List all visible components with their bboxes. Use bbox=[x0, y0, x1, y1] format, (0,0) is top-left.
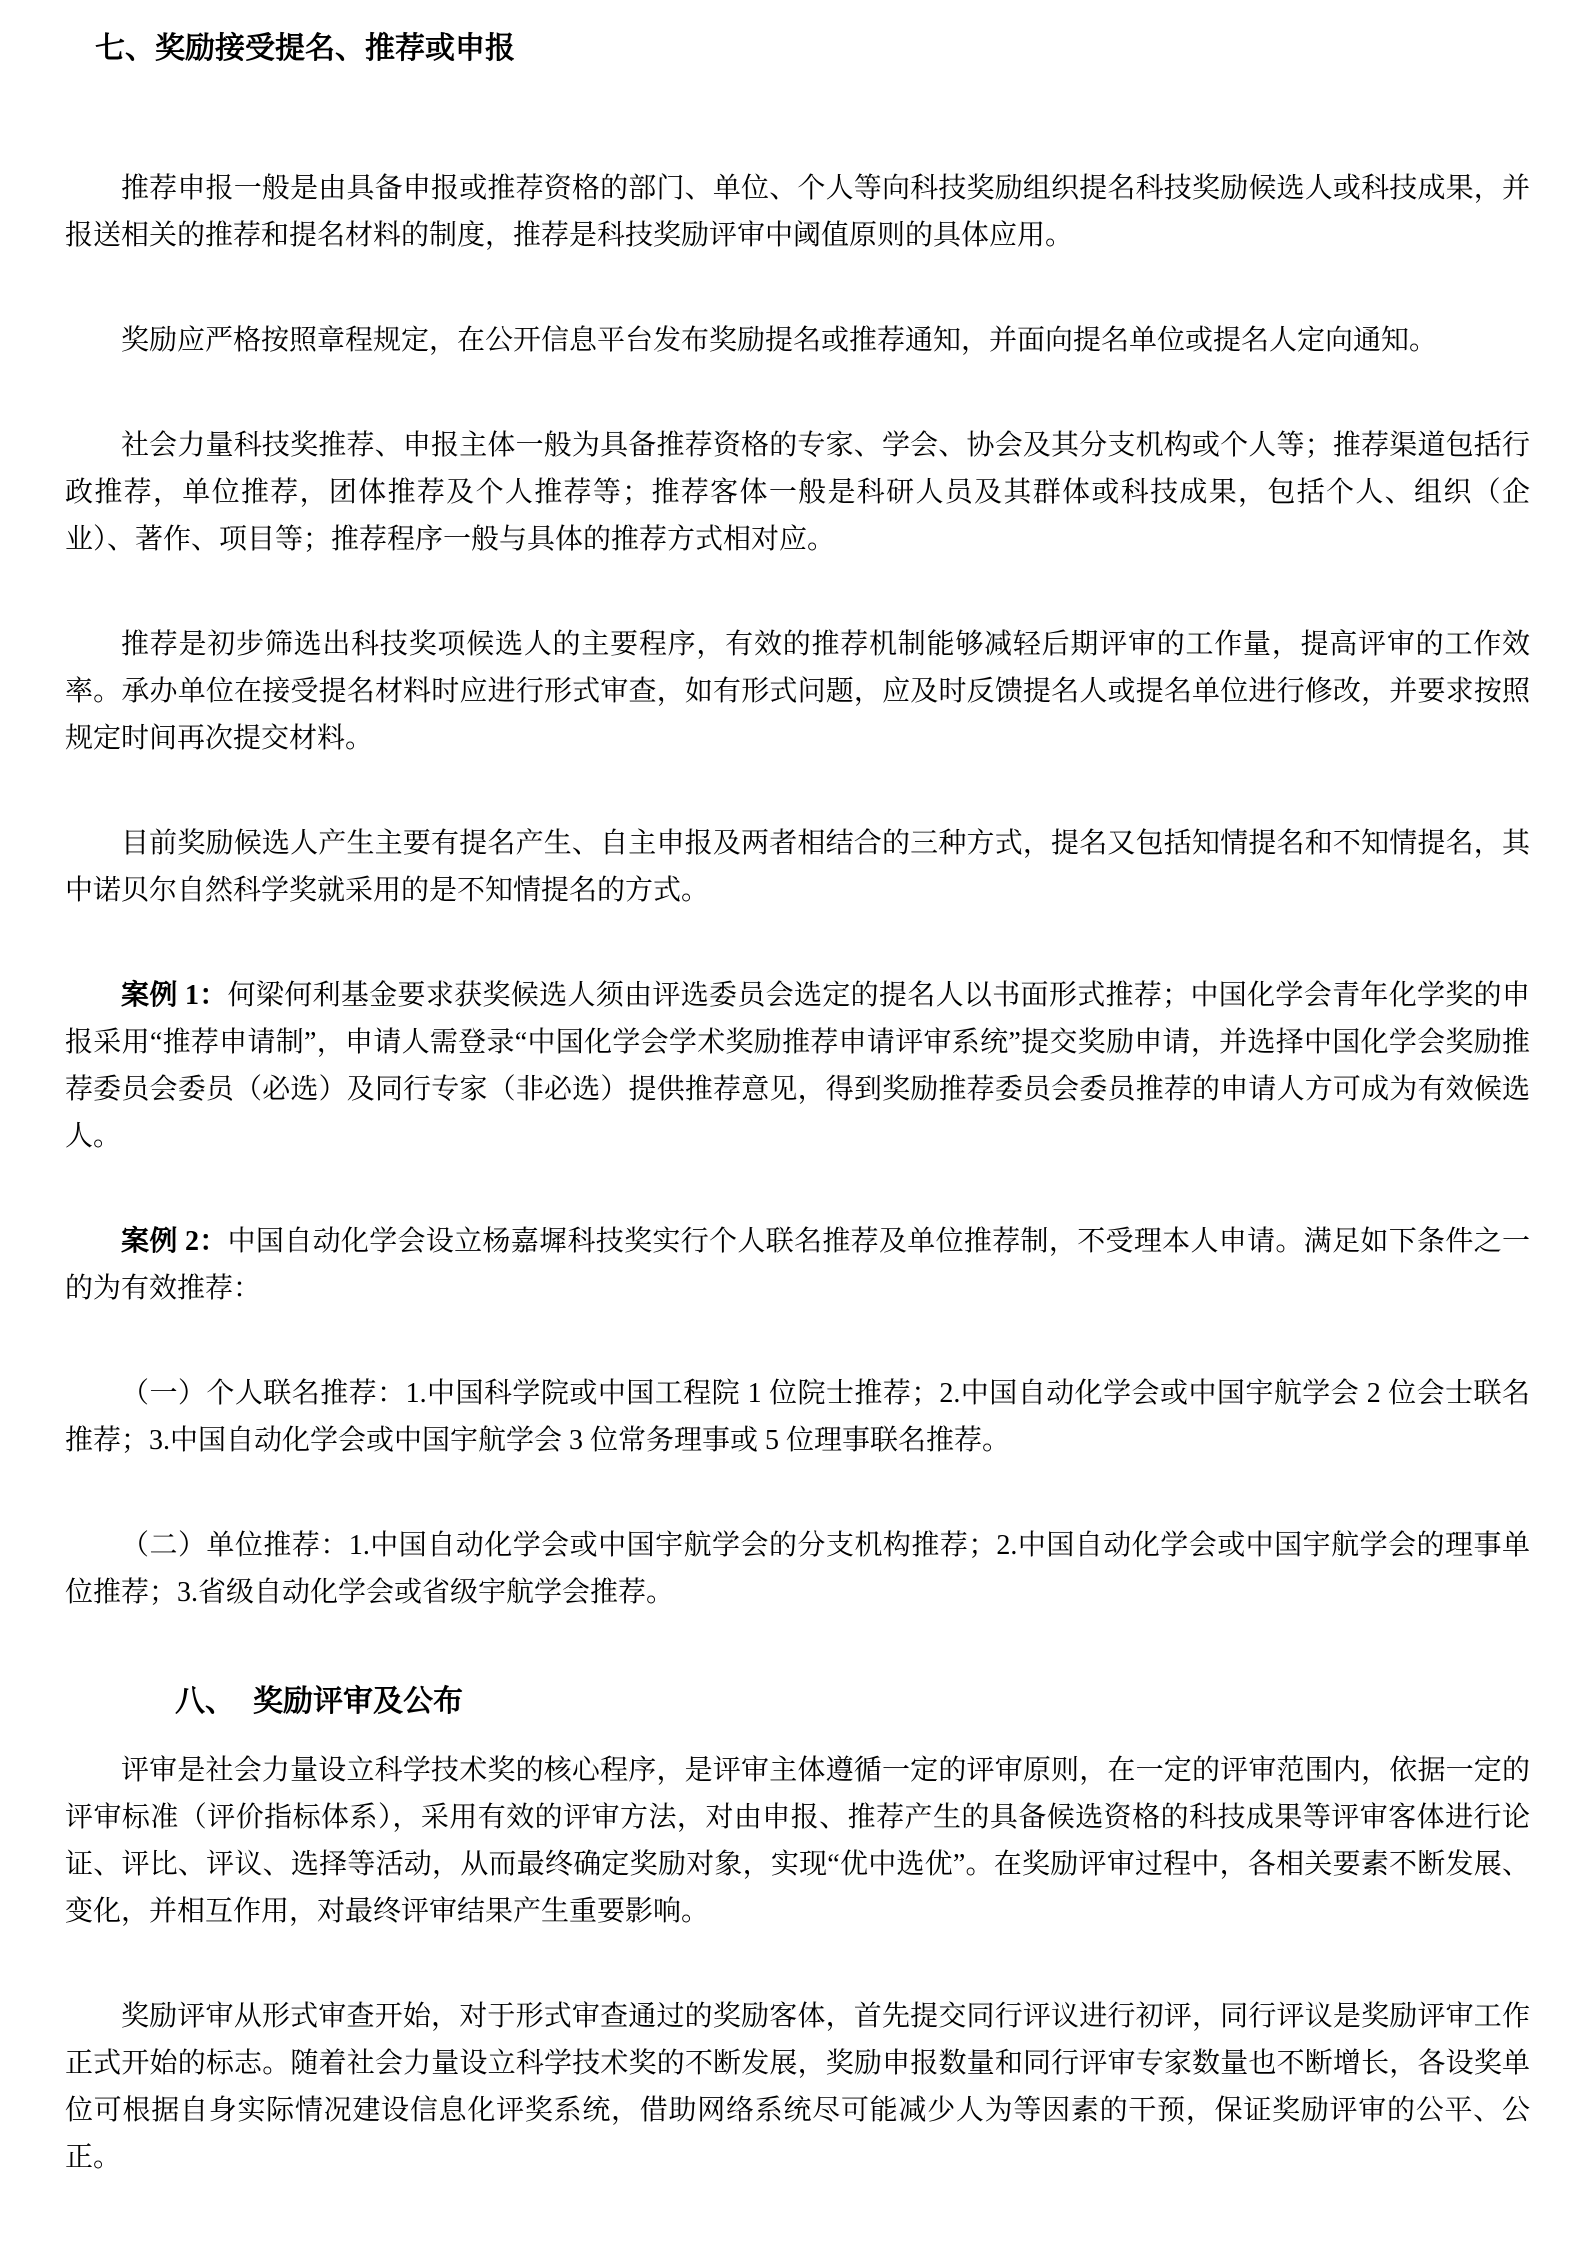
case1-paragraph: 案例 1：何梁何利基金要求获奖候选人须由评选委员会选定的提名人以书面形式推荐；中… bbox=[65, 972, 1530, 1160]
case2-paragraph: 案例 2：中国自动化学会设立杨嘉墀科技奖实行个人联名推荐及单位推荐制，不受理本人… bbox=[65, 1218, 1530, 1312]
case1-label: 案例 1： bbox=[121, 980, 228, 1011]
paragraph-recommendation-subjects: 社会力量科技奖推荐、申报主体一般为具备推荐资格的专家、学会、协会及其分支机构或个… bbox=[65, 422, 1530, 563]
item-unit-recommendation: （二）单位推荐：1.中国自动化学会或中国宇航学会的分支机构推荐；2.中国自动化学… bbox=[65, 1522, 1530, 1616]
paragraph-recommendation-definition: 推荐申报一般是由具备申报或推荐资格的部门、单位、个人等向科技奖励组织提名科技奖励… bbox=[65, 165, 1530, 259]
document-page: 七、奖励接受提名、推荐或申报 推荐申报一般是由具备申报或推荐资格的部门、单位、个… bbox=[0, 0, 1587, 2245]
paragraph-screening-procedure: 推荐是初步筛选出科技奖项候选人的主要程序，有效的推荐机制能够减轻后期评审的工作量… bbox=[65, 621, 1530, 762]
section7-heading: 七、奖励接受提名、推荐或申报 bbox=[95, 28, 1530, 70]
paragraph-review-process: 奖励评审从形式审查开始，对于形式审查通过的奖励客体，首先提交同行评议进行初评，同… bbox=[65, 1993, 1530, 2181]
section8-heading-title: 奖励评审及公布 bbox=[253, 1685, 463, 1718]
case2-label: 案例 2： bbox=[121, 1226, 228, 1257]
case1-text: 何梁何利基金要求获奖候选人须由评选委员会选定的提名人以书面形式推荐；中国化学会青… bbox=[65, 980, 1530, 1152]
paragraph-notice-rules: 奖励应严格按照章程规定，在公开信息平台发布奖励提名或推荐通知，并面向提名单位或提… bbox=[65, 317, 1530, 364]
item-joint-personal-recommendation: （一）个人联名推荐：1.中国科学院或中国工程院 1 位院士推荐；2.中国自动化学… bbox=[65, 1370, 1530, 1464]
section8-heading: 八、奖励评审及公布 bbox=[175, 1681, 1530, 1723]
section8-heading-number: 八、 bbox=[175, 1685, 235, 1718]
paragraph-candidate-generation: 目前奖励候选人产生主要有提名产生、自主申报及两者相结合的三种方式，提名又包括知情… bbox=[65, 820, 1530, 914]
case2-text: 中国自动化学会设立杨嘉墀科技奖实行个人联名推荐及单位推荐制，不受理本人申请。满足… bbox=[65, 1226, 1530, 1304]
paragraph-review-core-procedure: 评审是社会力量设立科学技术奖的核心程序，是评审主体遵循一定的评审原则，在一定的评… bbox=[65, 1747, 1530, 1935]
